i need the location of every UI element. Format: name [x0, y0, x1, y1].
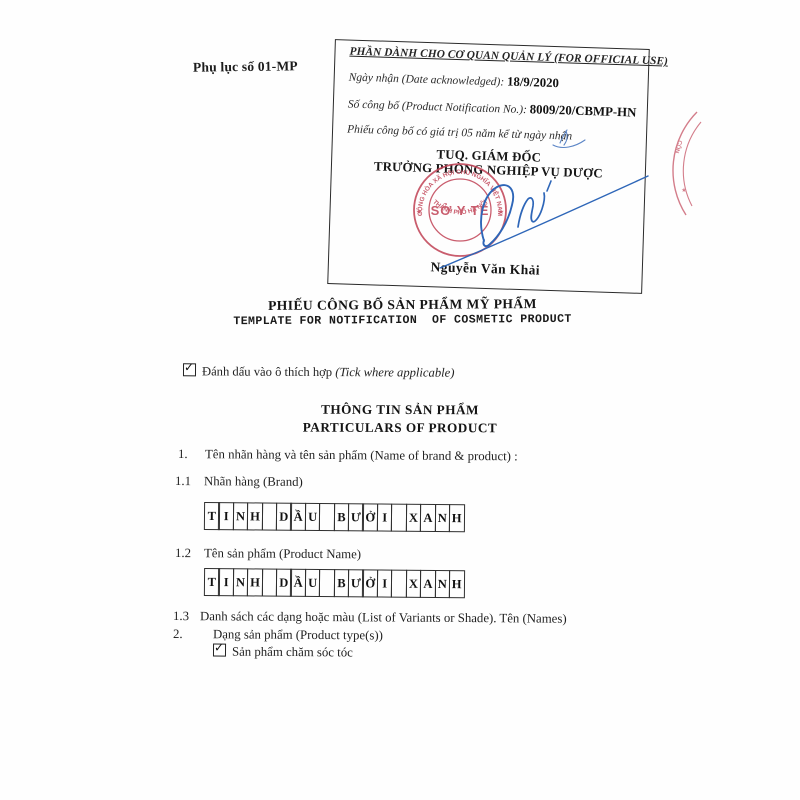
- item-1-number: 1.: [178, 447, 188, 462]
- date-acknowledged-value: 18/9/2020: [507, 75, 559, 91]
- product-type-checkbox[interactable]: ✓: [213, 644, 226, 657]
- side-stamp-inner-arc: [683, 122, 701, 206]
- notification-no-row: Số công bố (Product Notification No.): 8…: [348, 97, 637, 121]
- official-box-header: PHẦN DÀNH CHO CƠ QUAN QUẢN LÝ (FOR OFFIC…: [349, 46, 668, 68]
- section-header-vi: THÔNG TIN SẢN PHẨM: [120, 401, 680, 419]
- section-header-en: PARTICULARS OF PRODUCT: [120, 419, 680, 437]
- signer-name: Nguyễn Văn Khải: [329, 256, 642, 282]
- side-stamp-fragment: CÔN ★: [673, 112, 701, 215]
- item-1-2-number: 1.2: [175, 546, 191, 561]
- item-2-number: 2.: [173, 627, 183, 642]
- item-1-text: Tên nhãn hàng và tên sản phẩm (Name of b…: [205, 447, 518, 464]
- side-stamp-star-icon: ★: [681, 187, 686, 194]
- item-1-1-text: Nhãn hàng (Brand): [204, 474, 303, 490]
- side-stamp-outer-arc: [673, 112, 697, 215]
- side-stamp-text: CÔN: [673, 139, 683, 153]
- date-acknowledged-label: Ngày nhận (Date acknowledged):: [349, 72, 505, 89]
- official-use-box: PHẦN DÀNH CHO CƠ QUAN QUẢN LÝ (FOR OFFIC…: [327, 39, 650, 294]
- validity-note: Phiếu công bố có giá trị 05 năm kể từ ng…: [347, 124, 572, 143]
- item-1-2: 1.2 Tên sản phẩm (Product Name): [175, 546, 475, 566]
- letter-cell: H: [449, 504, 465, 532]
- letter-cell: H: [449, 570, 465, 598]
- tick-note-text-en: (Tick where applicable): [335, 365, 454, 380]
- item-1-2-text: Tên sản phẩm (Product Name): [204, 546, 361, 562]
- tick-note: ✓Đánh dấu vào ô thích hợp (Tick where ap…: [183, 363, 455, 380]
- title-english: TEMPLATE FOR NOTIFICATION OF COSMETIC PR…: [120, 312, 685, 329]
- document-title: PHIẾU CÔNG BỐ SẢN PHẨM MỸ PHẨM TEMPLATE …: [120, 295, 685, 329]
- product-type-text: Sản phẩm chăm sóc tóc: [232, 645, 353, 660]
- item-2-product-type: ✓Sản phẩm chăm sóc tóc: [213, 644, 353, 661]
- item-2-text: Dạng sản phẩm (Product type(s)): [213, 627, 383, 643]
- svg-text:CÔN: CÔN: [673, 139, 683, 153]
- notification-no-value: 8009/20/CBMP-HN: [530, 102, 637, 119]
- item-1: 1. Tên nhãn hàng và tên sản phẩm (Name o…: [178, 447, 658, 468]
- tick-note-text-vi: Đánh dấu vào ô thích hợp: [202, 364, 335, 379]
- date-acknowledged-row: Ngày nhận (Date acknowledged): 18/9/2020: [349, 70, 560, 92]
- item-1-1-number: 1.1: [175, 474, 191, 489]
- document-page: Phụ lục số 01-MP PHẦN DÀNH CHO CƠ QUAN Q…: [0, 0, 800, 800]
- notification-no-label: Số công bố (Product Notification No.):: [348, 99, 527, 117]
- item-1-3-text: Danh sách các dạng hoặc màu (List of Var…: [200, 609, 567, 627]
- appendix-label: Phụ lục số 01-MP: [193, 58, 298, 75]
- check-icon: ✓: [214, 642, 224, 654]
- check-icon: ✓: [184, 361, 194, 373]
- product-letter-boxes: TINHDẦUBƯỞIXANH: [204, 568, 465, 598]
- item-1-1: 1.1 Nhãn hàng (Brand): [175, 474, 475, 494]
- item-1-3-number: 1.3: [173, 609, 189, 624]
- brand-letter-boxes: TINHDẦUBƯỞIXANH: [204, 502, 465, 532]
- tick-note-checkbox[interactable]: ✓: [183, 363, 196, 376]
- section-header: THÔNG TIN SẢN PHẨM PARTICULARS OF PRODUC…: [120, 401, 680, 437]
